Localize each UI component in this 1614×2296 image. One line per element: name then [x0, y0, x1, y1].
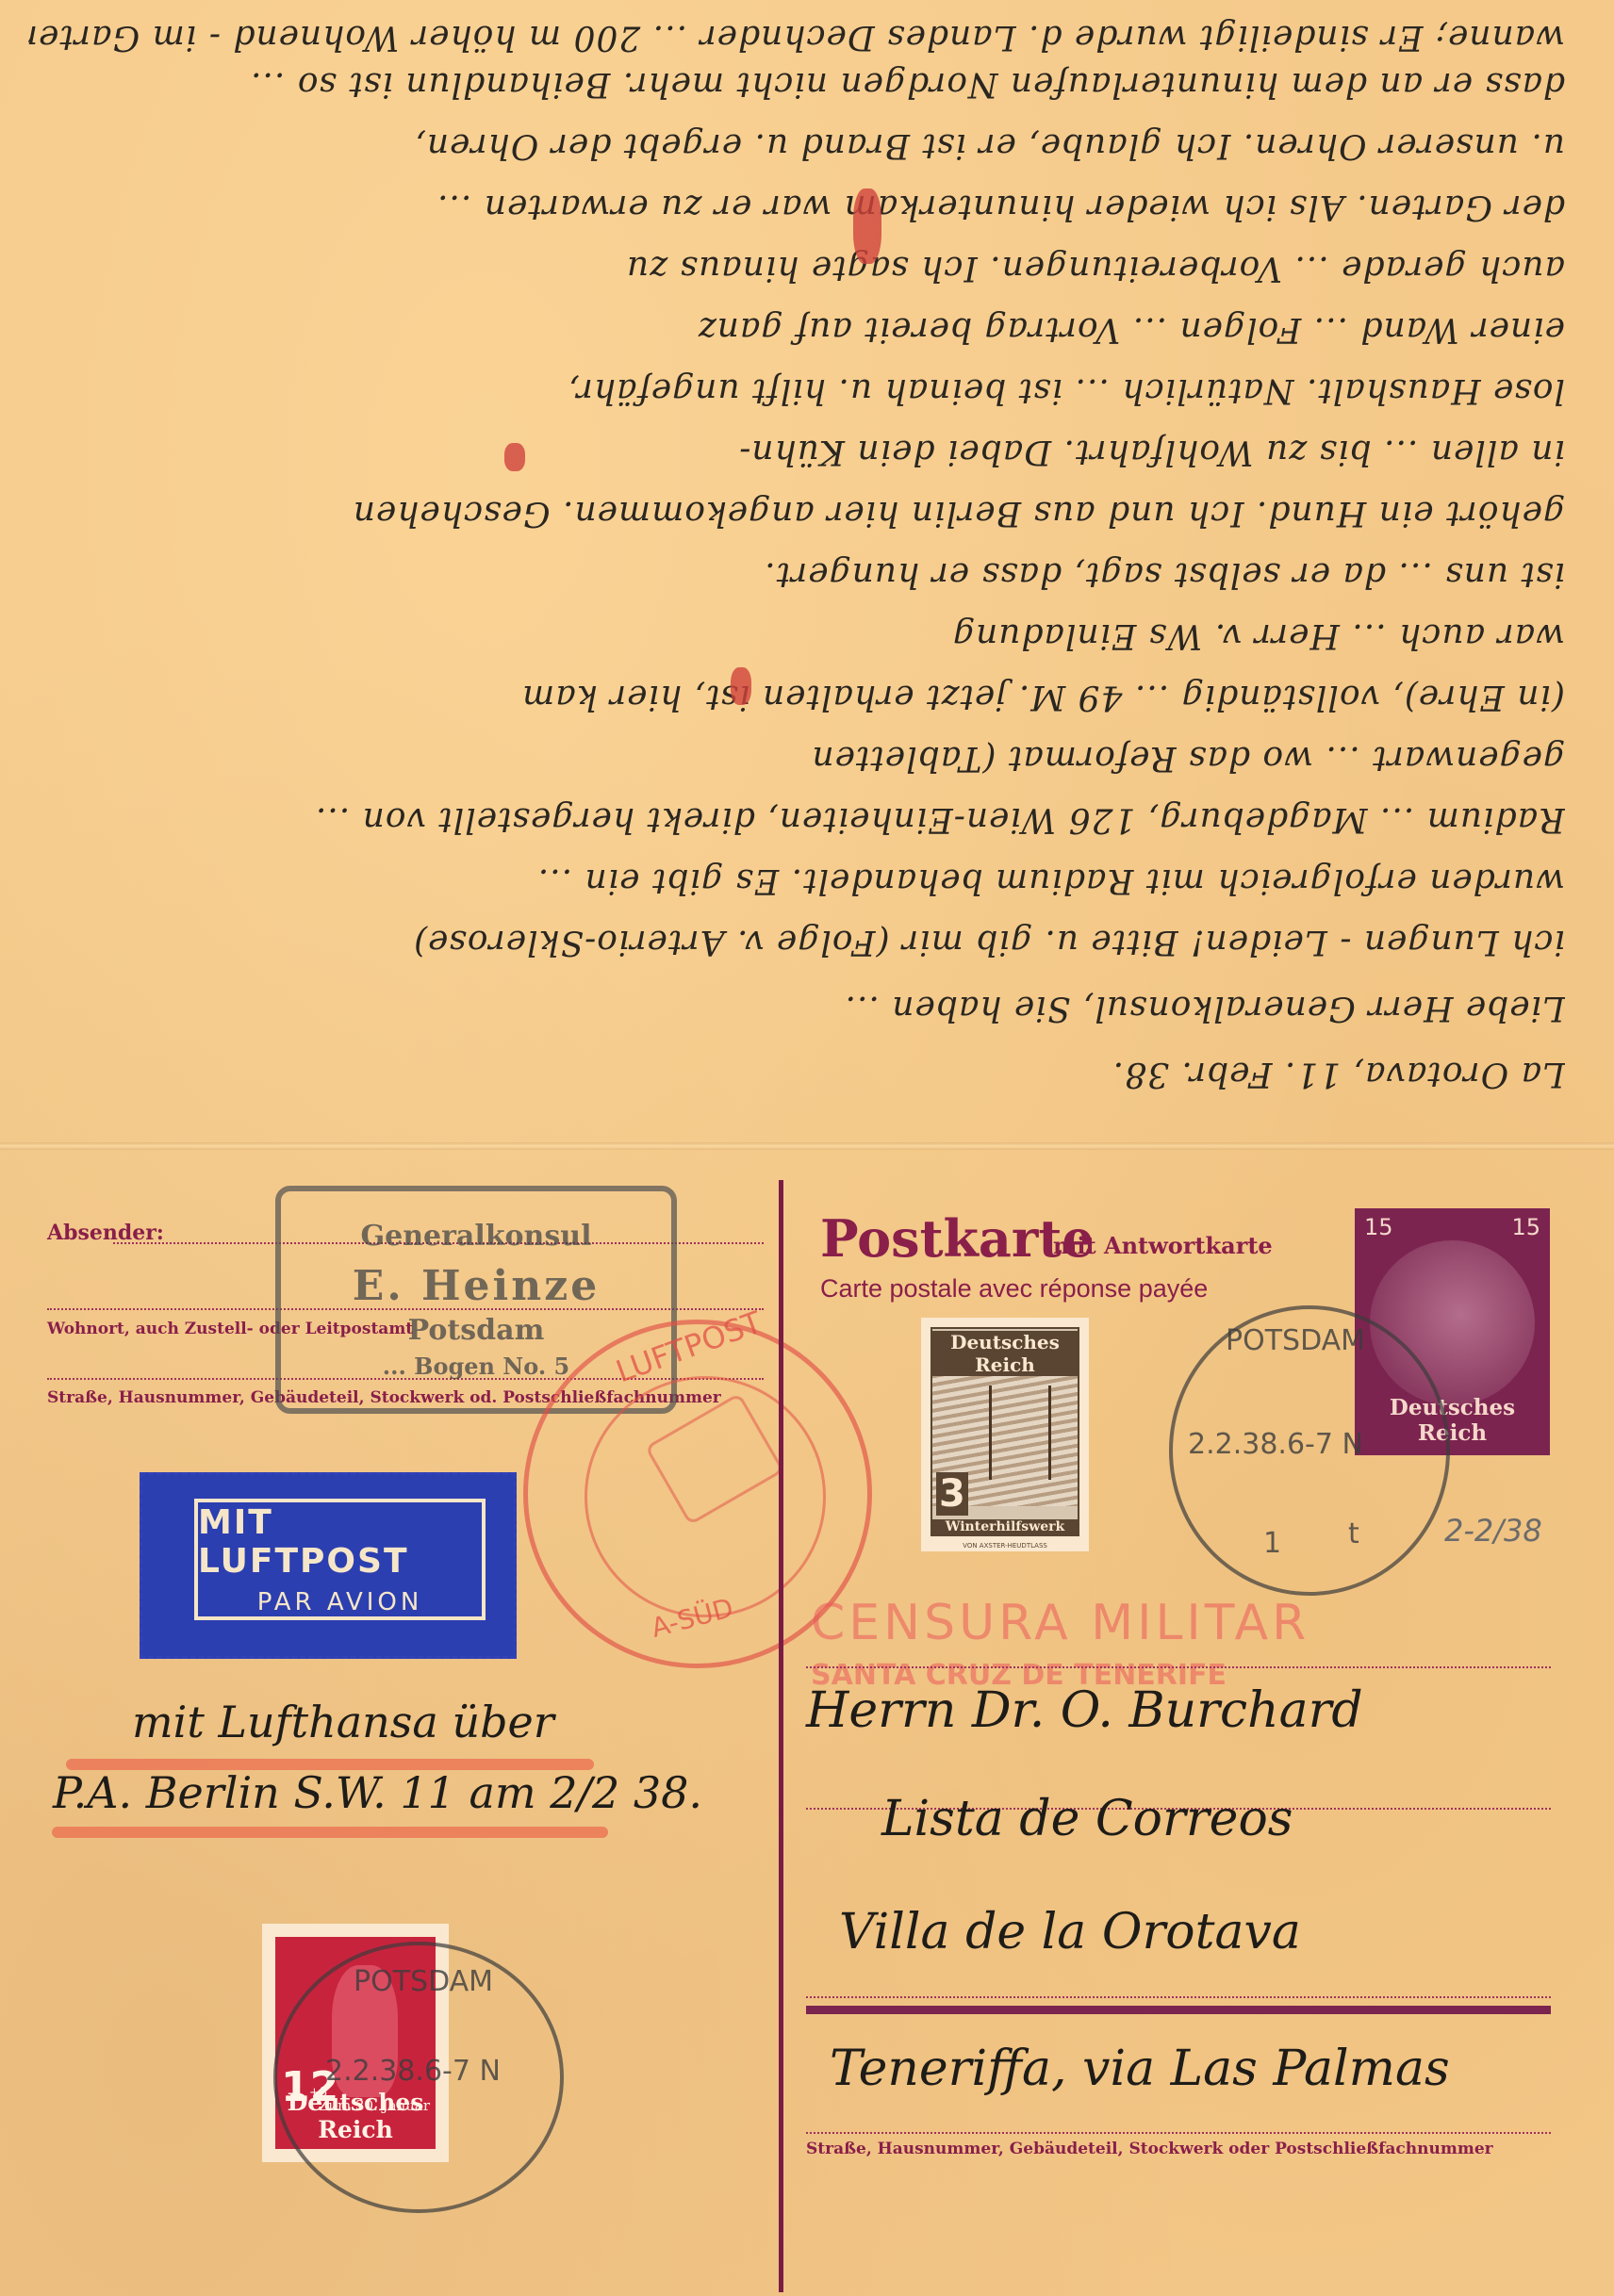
- censor-line1: CENSURA MILITAR: [811, 1595, 1309, 1651]
- letter-line: ich Lungen - Leiden! Bitte u. gib mir (F…: [28, 905, 1565, 961]
- postmark-upper-date: 2.2.38.6-7 N: [1188, 1428, 1363, 1461]
- letter-line: (in Ehre), vollständig ... 49 M. jetzt e…: [28, 660, 1565, 716]
- sender-stamp-title: Generalkonsul: [281, 1220, 671, 1253]
- red-underline: [52, 1827, 608, 1838]
- red-ink-smear: [504, 443, 525, 471]
- airmail-label: MIT LUFTPOST PAR AVION: [140, 1472, 517, 1659]
- stamp-label: Winterhilfswerk: [932, 1519, 1078, 1534]
- stamp-winterhilfswerk: Deutsches Reich 3 Winterhilfswerk VON AX…: [921, 1318, 1089, 1551]
- dotted-line: [806, 2132, 1551, 2134]
- airmail-label-line2: PAR AVION: [257, 1588, 423, 1616]
- card-title-french: Carte postale avec réponse payée: [820, 1274, 1208, 1304]
- pencil-note: 2-2/38: [1444, 1513, 1542, 1549]
- indicium-value-left: 15: [1364, 1214, 1393, 1240]
- postmark-upper-place: POTSDAM: [1226, 1324, 1365, 1357]
- address-bar: [806, 2006, 1551, 2014]
- airmail-label-line1: MIT LUFTPOST: [198, 1503, 482, 1581]
- address-line1: Herrn Dr. O. Burchard: [806, 1682, 1363, 1739]
- letter-line: in allen ... bis zu Wohlfahrt. Dabei dei…: [28, 415, 1565, 471]
- stamp-credit: VON AXSTER-HEUDTLASS: [921, 1542, 1089, 1550]
- letter-line: war auch ... Herr v. Ws Einladung: [28, 599, 1565, 655]
- address-line3: Villa de la Orotava: [839, 1904, 1301, 1960]
- dotted-line: [806, 1666, 1551, 1668]
- dotted-line: [806, 1996, 1551, 1998]
- routing-note-line1: mit Lufthansa über: [132, 1697, 554, 1747]
- card-divider: [779, 1180, 783, 2292]
- sender-stamp-name: E. Heinze: [281, 1262, 671, 1310]
- letter-line: gegenwart ... wo das Reformat (Tabletten: [28, 721, 1565, 778]
- address-line2: Lista de Correos: [881, 1791, 1293, 1847]
- postmark-lower-place: POTSDAM: [354, 1965, 493, 1998]
- letter-line: u. unserer Ohren. Ich glaube, er ist Bra…: [28, 108, 1565, 165]
- letter-place-date: La Orotava, 11. Febr. 38.: [28, 1037, 1565, 1093]
- ship-icon: [989, 1386, 1051, 1480]
- letter-line: ist uns ... da er selbst sagt, dass er h…: [28, 537, 1565, 594]
- letter-line: einer Wand ... Folgen ... Vortrag bereit…: [28, 292, 1565, 349]
- letter-line: Radium ... Magdeburg, 126 Wien-Einheiten…: [28, 782, 1565, 839]
- address-line4: Teneriffa, via Las Palmas: [830, 2041, 1450, 2097]
- indicium-value-right: 15: [1511, 1214, 1540, 1240]
- postmark-upper-office: 1: [1263, 1527, 1281, 1560]
- reply-card: La Orotava, 11. Febr. 38. Liebe Herr Gen…: [0, 0, 1614, 1131]
- handwritten-letter: La Orotava, 11. Febr. 38. Liebe Herr Gen…: [19, 9, 1593, 1112]
- red-ink-smear: [731, 667, 751, 705]
- routing-note-line2: P.A. Berlin S.W. 11 am 2/2 38.: [53, 1767, 702, 1818]
- postmark-upper-sub: t: [1348, 1517, 1359, 1550]
- letter-line: der Garten. Als ich wieder hinunterkam w…: [28, 170, 1565, 226]
- letter-line: gehört ein Hund. Ich und aus Berlin hier…: [28, 476, 1565, 533]
- stamp-country: Deutsches Reich: [932, 1331, 1078, 1376]
- letter-line: auch gerade ... Vorbereitungen. Ich sagt…: [28, 231, 1565, 287]
- letter-line: lose Haushalt. Natürlich ... ist beinah …: [28, 353, 1565, 410]
- card-subtitle: mit Antwortkarte: [1053, 1232, 1273, 1259]
- letter-line: wurden erfolgreich mit Radium behandelt.…: [28, 844, 1565, 900]
- fold-line: [0, 1142, 1614, 1150]
- address-footer-label: Straße, Hausnummer, Gebäudeteil, Stockwe…: [806, 2140, 1493, 2158]
- letter-line: wanne; Er sindeiligt wurde d. Landes Dec…: [28, 0, 1565, 57]
- stamp-value: 3: [936, 1472, 968, 1516]
- postmark-lower-date: 2.2.38.6-7 N: [325, 2055, 501, 2088]
- letter-greeting: Liebe Herr Generalkonsul, Sie haben ...: [28, 971, 1565, 1027]
- red-ink-smear: [853, 189, 881, 264]
